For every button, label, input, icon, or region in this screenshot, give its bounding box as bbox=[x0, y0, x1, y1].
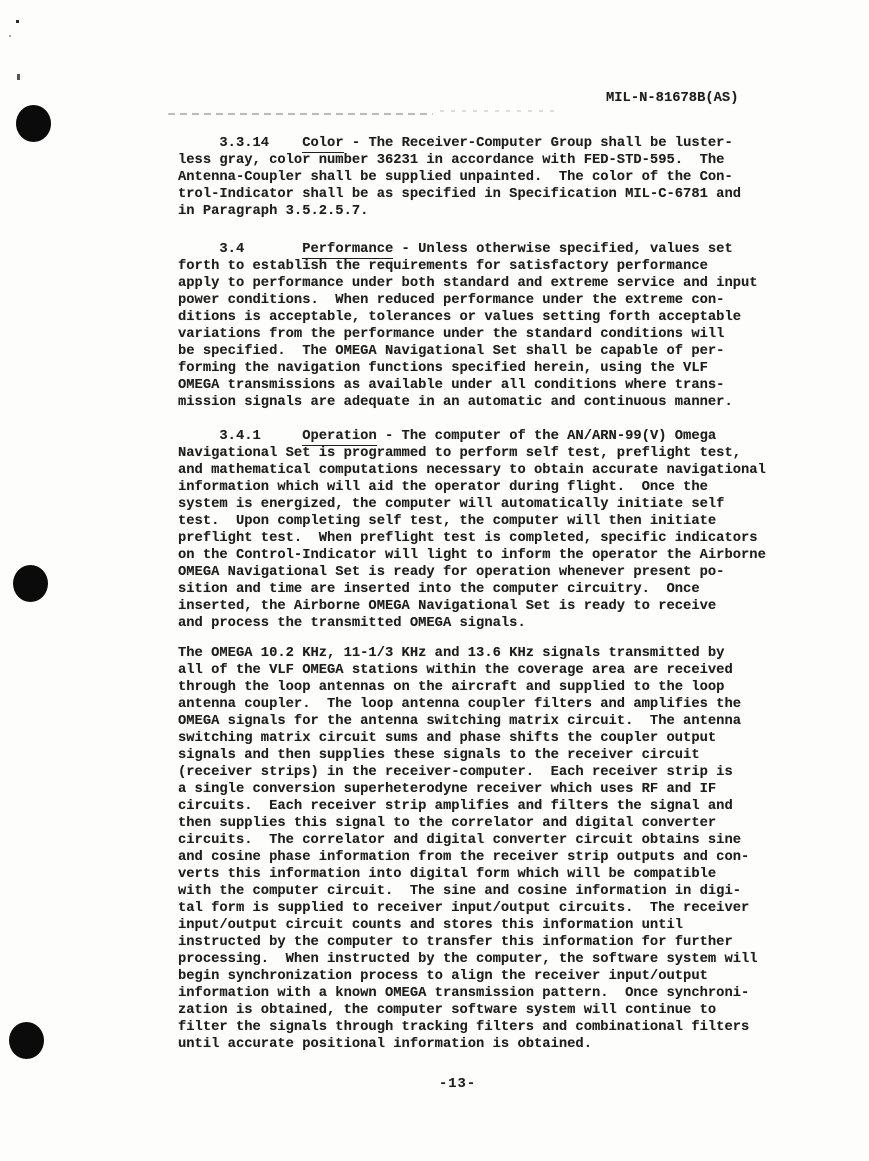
section-intro-text: - The Receiver-Computer Group shall be l… bbox=[344, 136, 733, 151]
section-3-4-1-operation: 3.4.1 Operation - The computer of the AN… bbox=[178, 428, 798, 632]
section-heading-line: 3.4.1 Operation - The computer of the AN… bbox=[178, 428, 798, 445]
section-title-underlined: Color bbox=[302, 136, 343, 153]
section-3-4-performance: 3.4 Performance - Unless otherwise speci… bbox=[178, 241, 798, 411]
scan-smudge-line-faint bbox=[440, 110, 560, 112]
section-heading-line: 3.3.14 Color - The Receiver-Computer Gro… bbox=[178, 135, 798, 152]
section-number: 3.4.1 bbox=[178, 429, 302, 444]
paragraph-omega-signals: The OMEGA 10.2 KHz, 11-1/3 KHz and 13.6 … bbox=[178, 645, 798, 1053]
section-number: 3.3.14 bbox=[178, 136, 302, 151]
section-number: 3.4 bbox=[178, 242, 302, 257]
section-body-text: Navigational Set is programmed to perfor… bbox=[178, 445, 798, 632]
section-3-3-14-color: 3.3.14 Color - The Receiver-Computer Gro… bbox=[178, 135, 798, 220]
section-title-underlined: Performance bbox=[302, 242, 393, 259]
scan-speck bbox=[9, 35, 11, 37]
page-number: -13- bbox=[439, 1076, 476, 1093]
section-title-underlined: Operation bbox=[302, 429, 377, 446]
section-intro-text: - The computer of the AN/ARN-99(V) Omega bbox=[377, 429, 716, 444]
scan-smudge-line bbox=[168, 113, 433, 115]
punch-hole-middle bbox=[13, 565, 48, 602]
section-heading-line: 3.4 Performance - Unless otherwise speci… bbox=[178, 241, 798, 258]
document-page: MIL-N-81678B(AS) 3.3.14 Color - The Rece… bbox=[0, 0, 869, 1161]
section-body-text: forth to establish the requirements for … bbox=[178, 258, 798, 411]
section-body-text: less gray, color number 36231 in accorda… bbox=[178, 152, 798, 220]
scan-speck bbox=[17, 74, 20, 80]
section-intro-text: - Unless otherwise specified, values set bbox=[393, 242, 732, 257]
scan-speck bbox=[16, 20, 19, 23]
punch-hole-top bbox=[16, 105, 51, 142]
punch-hole-bottom bbox=[9, 1022, 44, 1059]
document-id-header: MIL-N-81678B(AS) bbox=[606, 90, 738, 107]
paragraph-body-text: The OMEGA 10.2 KHz, 11-1/3 KHz and 13.6 … bbox=[178, 645, 798, 1053]
